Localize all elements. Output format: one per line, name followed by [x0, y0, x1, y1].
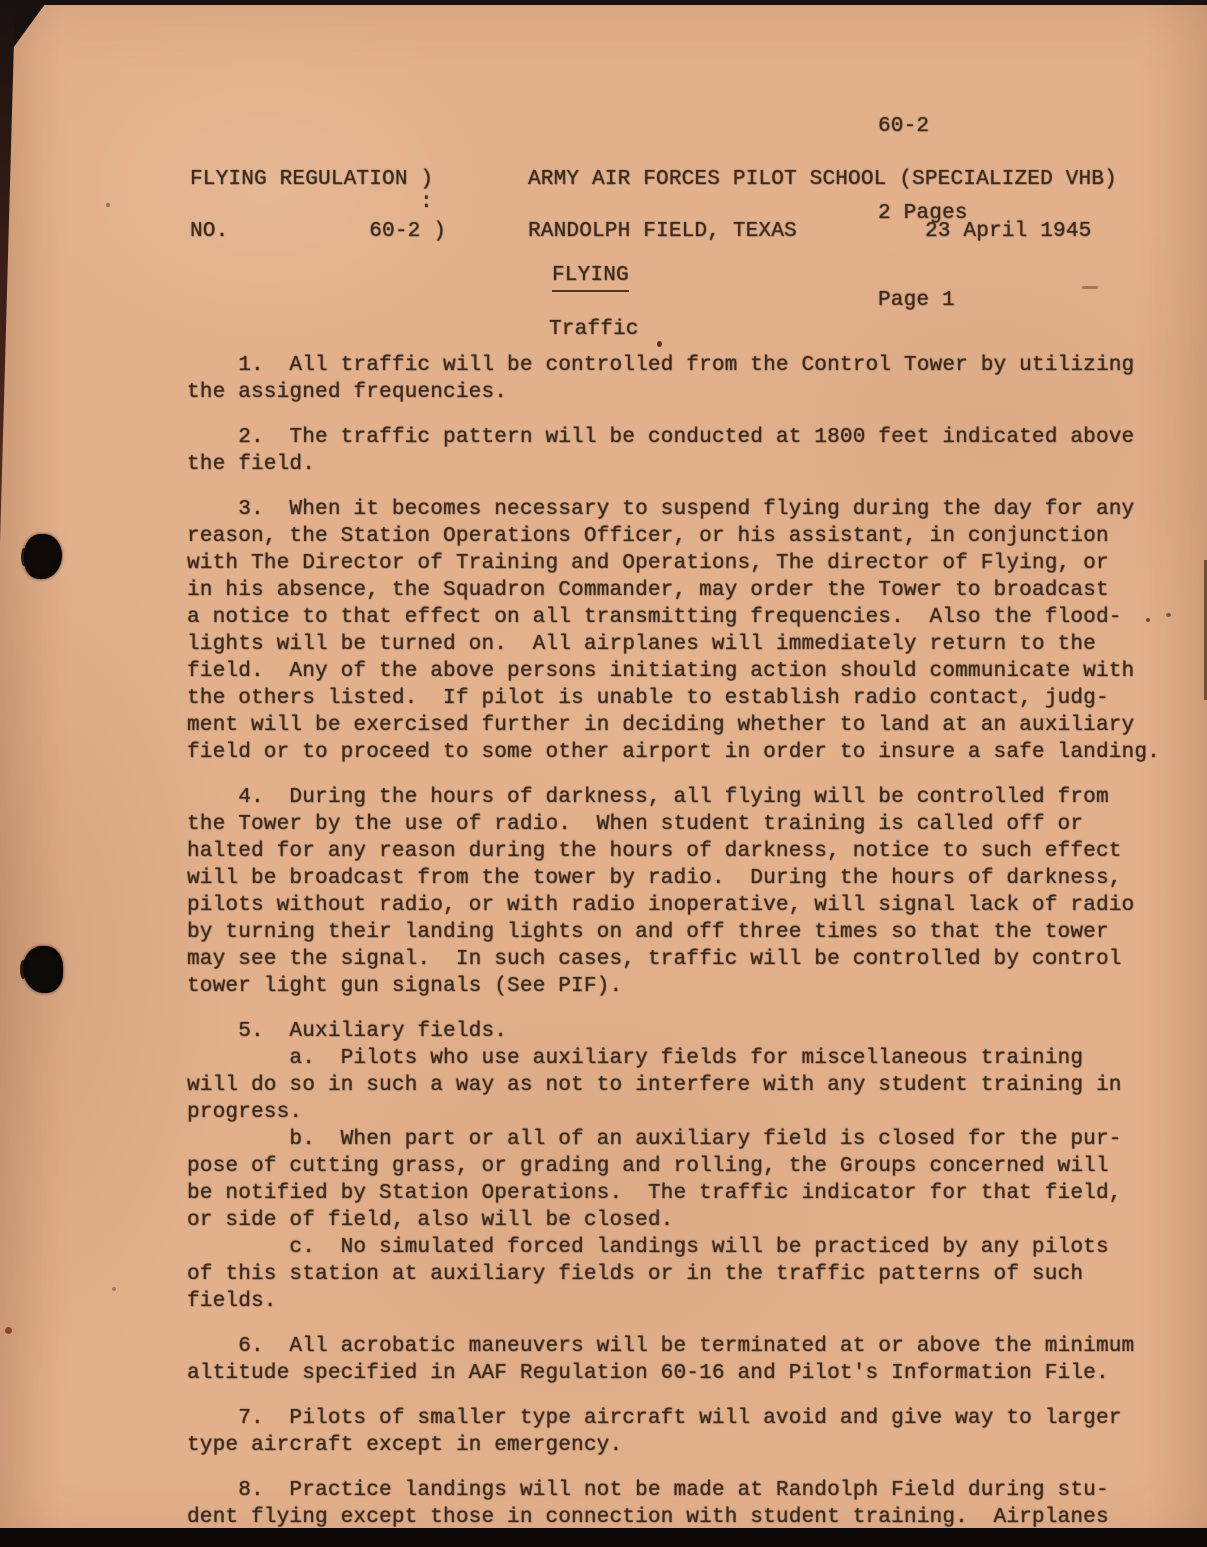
paragraph-3: 3. When it becomes necessary to suspend … — [187, 496, 1199, 766]
ink-speckle — [106, 203, 110, 207]
ink-speckle — [1146, 618, 1150, 622]
ink-speckle — [1082, 286, 1098, 289]
punch-hole-bottom — [23, 946, 63, 993]
scan-edge-top — [0, 0, 1207, 5]
scanned-document: 60-2 2 Pages Page 1 FLYING REGULATION ) … — [0, 0, 1207, 1547]
page-id-block: 60-2 2 Pages Page 1 — [878, 54, 968, 373]
page-number: Page 1 — [878, 286, 968, 315]
document-title: FLYING — [552, 262, 629, 292]
school-name: ARMY AIR FORCES PILOT SCHOOL (SPECIALIZE… — [528, 166, 1117, 193]
ink-speckle — [112, 1287, 116, 1291]
punch-hole-top — [24, 534, 62, 579]
paragraph-5: 5. Auxiliary fields. a. Pilots who use a… — [187, 1018, 1199, 1315]
ink-speckle — [1166, 613, 1171, 617]
ink-speckle — [657, 341, 662, 347]
document-date: 23 April 1945 — [925, 218, 1091, 245]
document-subtitle: Traffic — [549, 316, 639, 343]
paragraph-1: 1. All traffic will be controlled from t… — [187, 352, 1199, 406]
paragraph-7: 7. Pilots of smaller type aircraft will … — [187, 1405, 1199, 1459]
paragraph-8: 8. Practice landings will not be made at… — [187, 1477, 1199, 1531]
station-name: RANDOLPH FIELD, TEXAS — [528, 218, 797, 245]
paragraph-2: 2. The traffic pattern will be conducted… — [187, 424, 1199, 478]
regulation-title: FLYING REGULATION ) — [190, 166, 433, 193]
document-body: 1. All traffic will be controlled from t… — [187, 352, 1199, 1531]
regulation-number: 60-2 — [878, 112, 968, 141]
regulation-number-line: NO. 60-2 ) — [190, 218, 446, 245]
paragraph-6: 6. All acrobatic maneuvers will be termi… — [187, 1333, 1199, 1387]
header-colon: : — [420, 189, 433, 216]
paragraph-4: 4. During the hours of darkness, all fly… — [187, 784, 1199, 1000]
paper: 60-2 2 Pages Page 1 FLYING REGULATION ) … — [0, 0, 1207, 1547]
scan-edge-bottom — [0, 1528, 1207, 1547]
ink-speckle — [5, 1327, 12, 1334]
